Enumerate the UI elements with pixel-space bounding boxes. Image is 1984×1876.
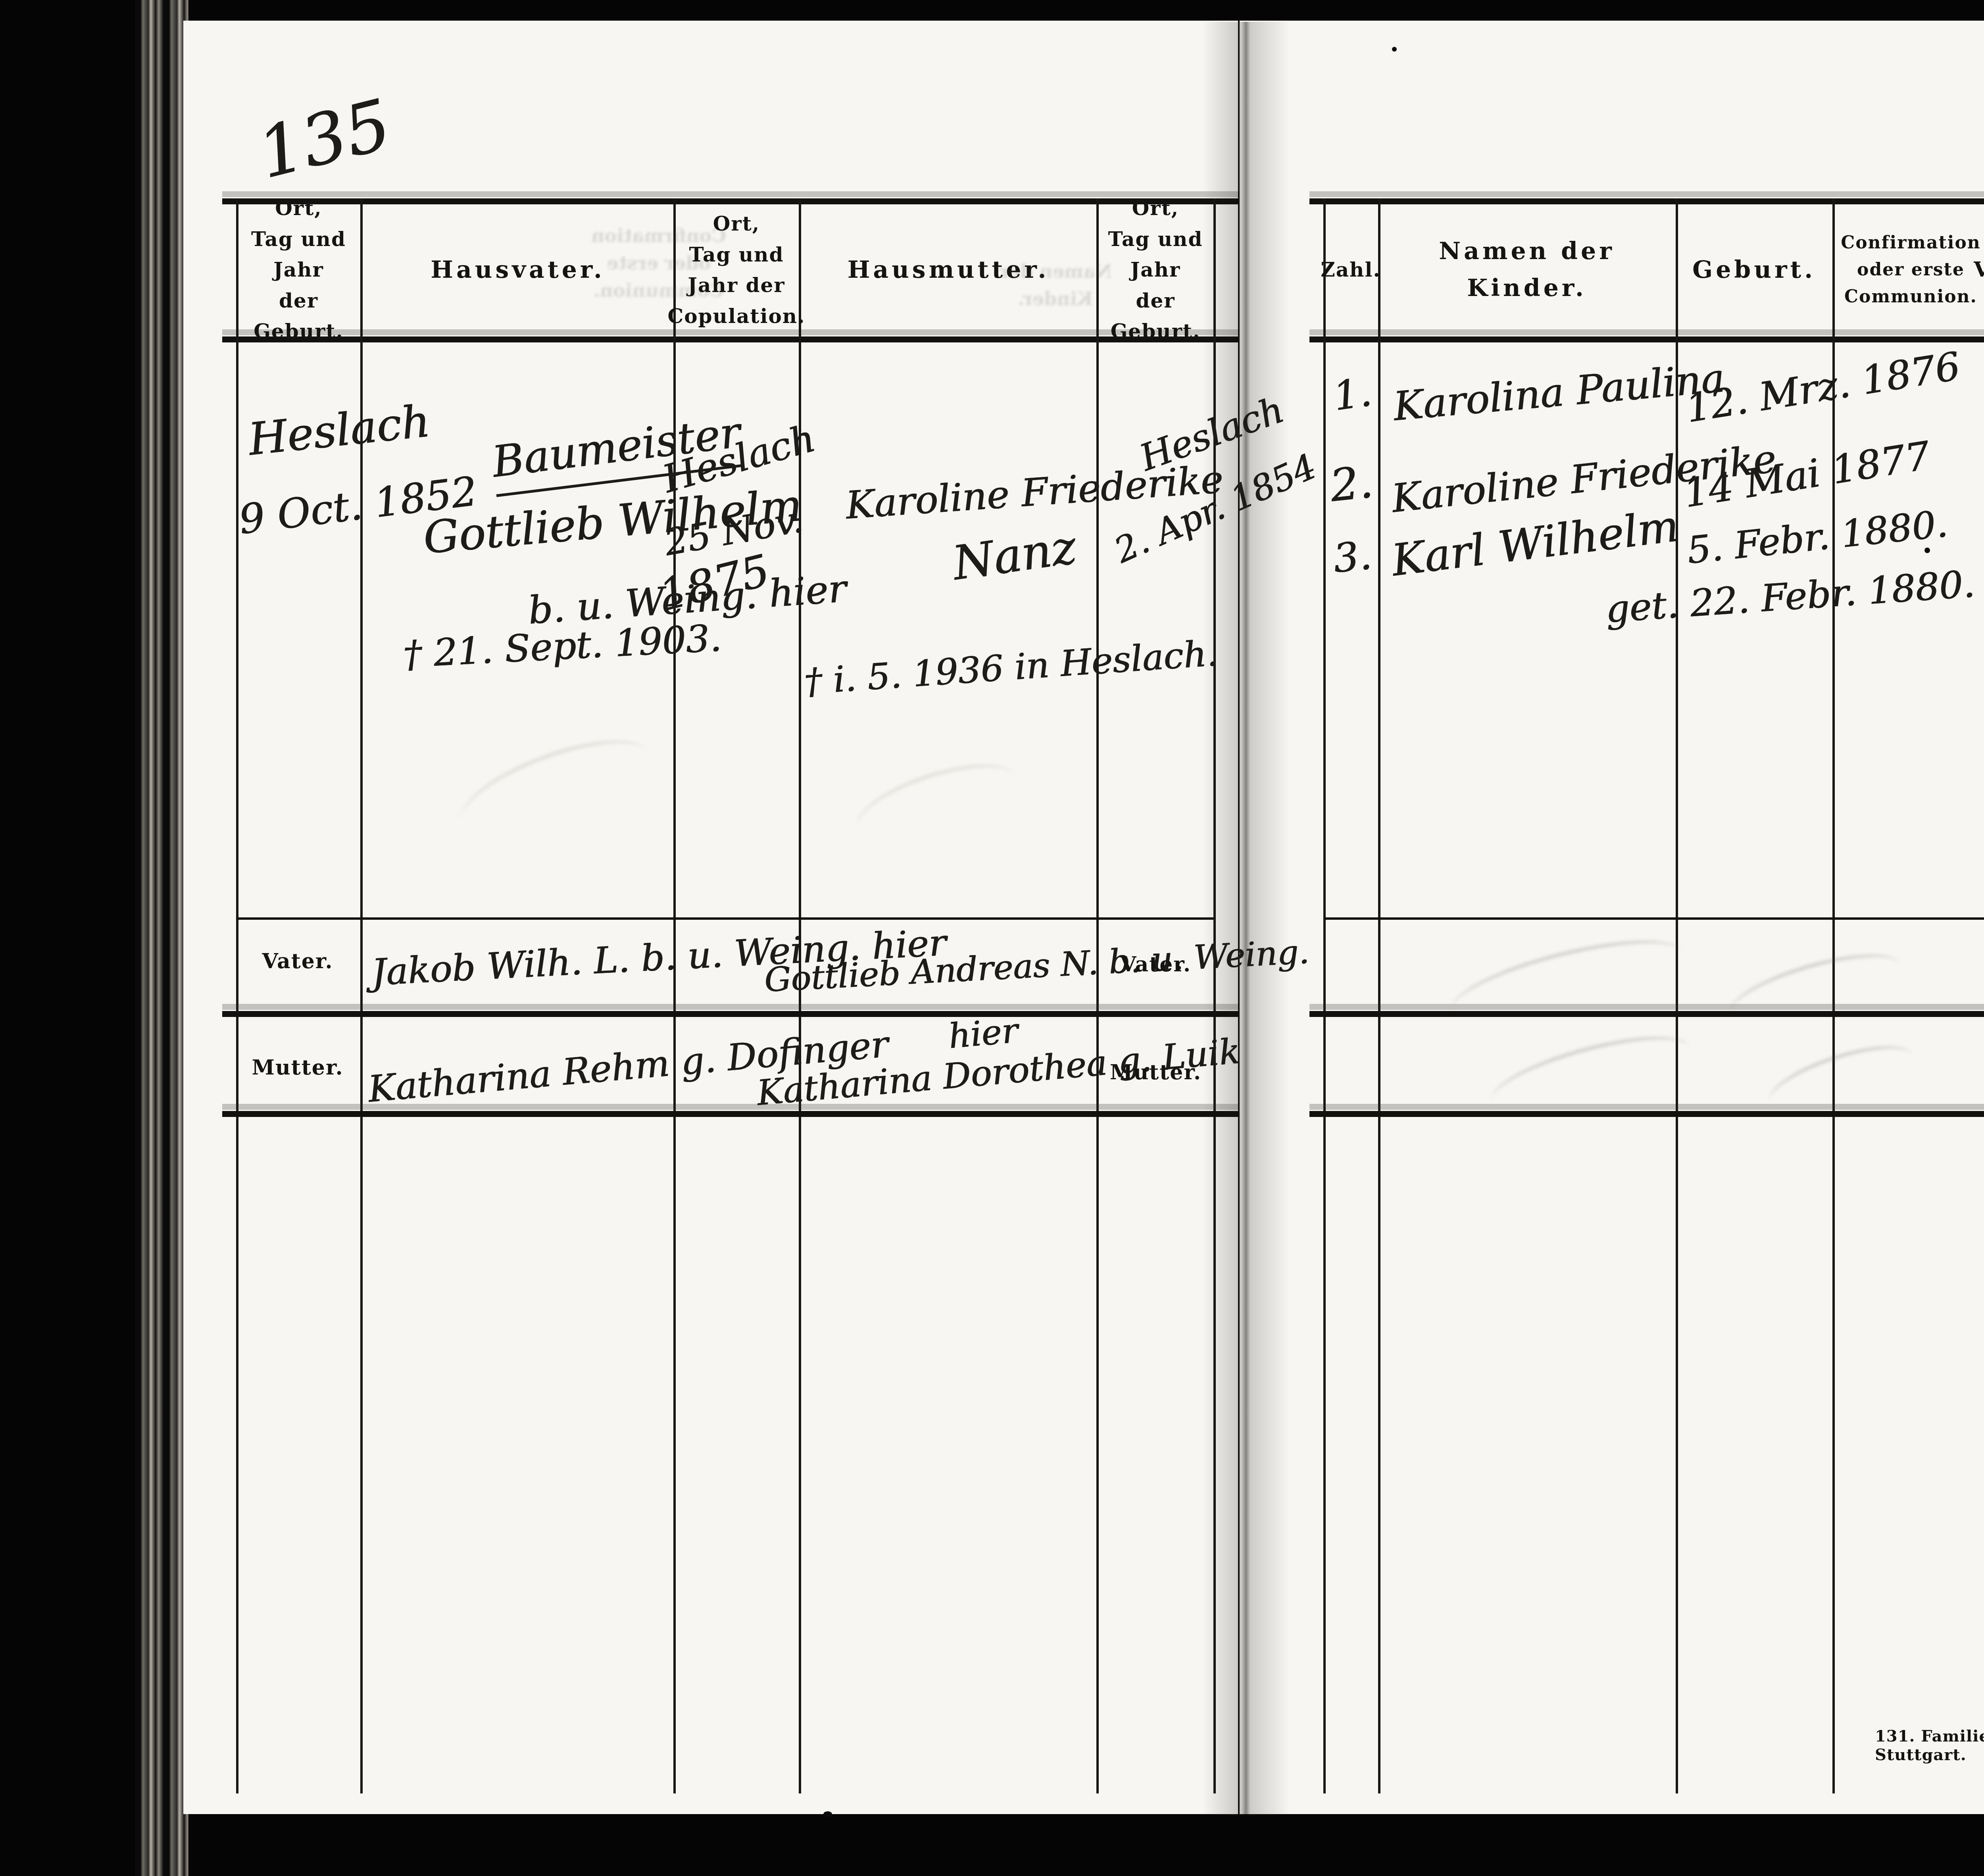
header-confirmation: Confirmation oder erste Communion. <box>1834 204 1984 335</box>
dust-speck <box>823 1811 832 1817</box>
dust-speck <box>1392 47 1397 52</box>
right-col-border-1 <box>1323 198 1326 1793</box>
child-3-number: 3. <box>1331 532 1373 582</box>
right-col-border-3 <box>1676 198 1678 1793</box>
left-parents-mid-rule <box>222 1011 1238 1017</box>
child-1-number: 1. <box>1330 369 1374 420</box>
dust-speck <box>1924 548 1930 553</box>
header-ort-geburt-mutter: Ort, Tag und Jahr der Geburt. <box>1098 204 1213 335</box>
mutter-row-label-left: Mutter. <box>238 1055 357 1080</box>
header-ort-geburt-vater: Ort, Tag und Jahr der Geburt. <box>238 204 359 335</box>
printer-imprint: 131. Familienregister. Vorräthig bei Geb… <box>1875 1727 1984 1764</box>
hausmutter-father-entry-cont: hier <box>947 1011 1019 1057</box>
left-col-border-5 <box>1096 198 1099 1793</box>
header-zahl: Zahl. <box>1323 204 1378 335</box>
child-2-number: 2. <box>1327 456 1375 512</box>
right-table-top-rule <box>1309 198 1984 204</box>
left-book-edge-texture <box>135 0 188 1876</box>
vater-row-label-right: Vater. <box>1099 952 1212 976</box>
vater-row-label-left: Vater. <box>238 949 357 973</box>
left-table-top-rule <box>222 198 1238 204</box>
right-parents-bottom-rule <box>1309 1111 1984 1117</box>
right-parents-top-rule <box>1323 917 1984 920</box>
left-parents-top-rule <box>236 917 1213 920</box>
right-col-border-2 <box>1378 198 1380 1793</box>
header-ort-copulation: Ort, Tag und Jahr der Copulation. <box>675 204 798 335</box>
scanned-family-register: 135 Ort, Tag und Jahr der Geburt. Hausva… <box>0 0 1984 1876</box>
header-geburt: Geburt. <box>1678 204 1830 335</box>
right-parents-mid-rule <box>1309 1011 1984 1017</box>
right-header-bottom-rule <box>1309 336 1984 342</box>
header-namen-der-kinder: Namen der Kinder. <box>1380 204 1674 335</box>
left-parents-bottom-rule <box>222 1111 1238 1117</box>
mutter-row-label-right: Mutter. <box>1099 1060 1212 1084</box>
left-header-bottom-rule <box>222 336 1238 342</box>
left-col-border-1 <box>236 198 238 1793</box>
